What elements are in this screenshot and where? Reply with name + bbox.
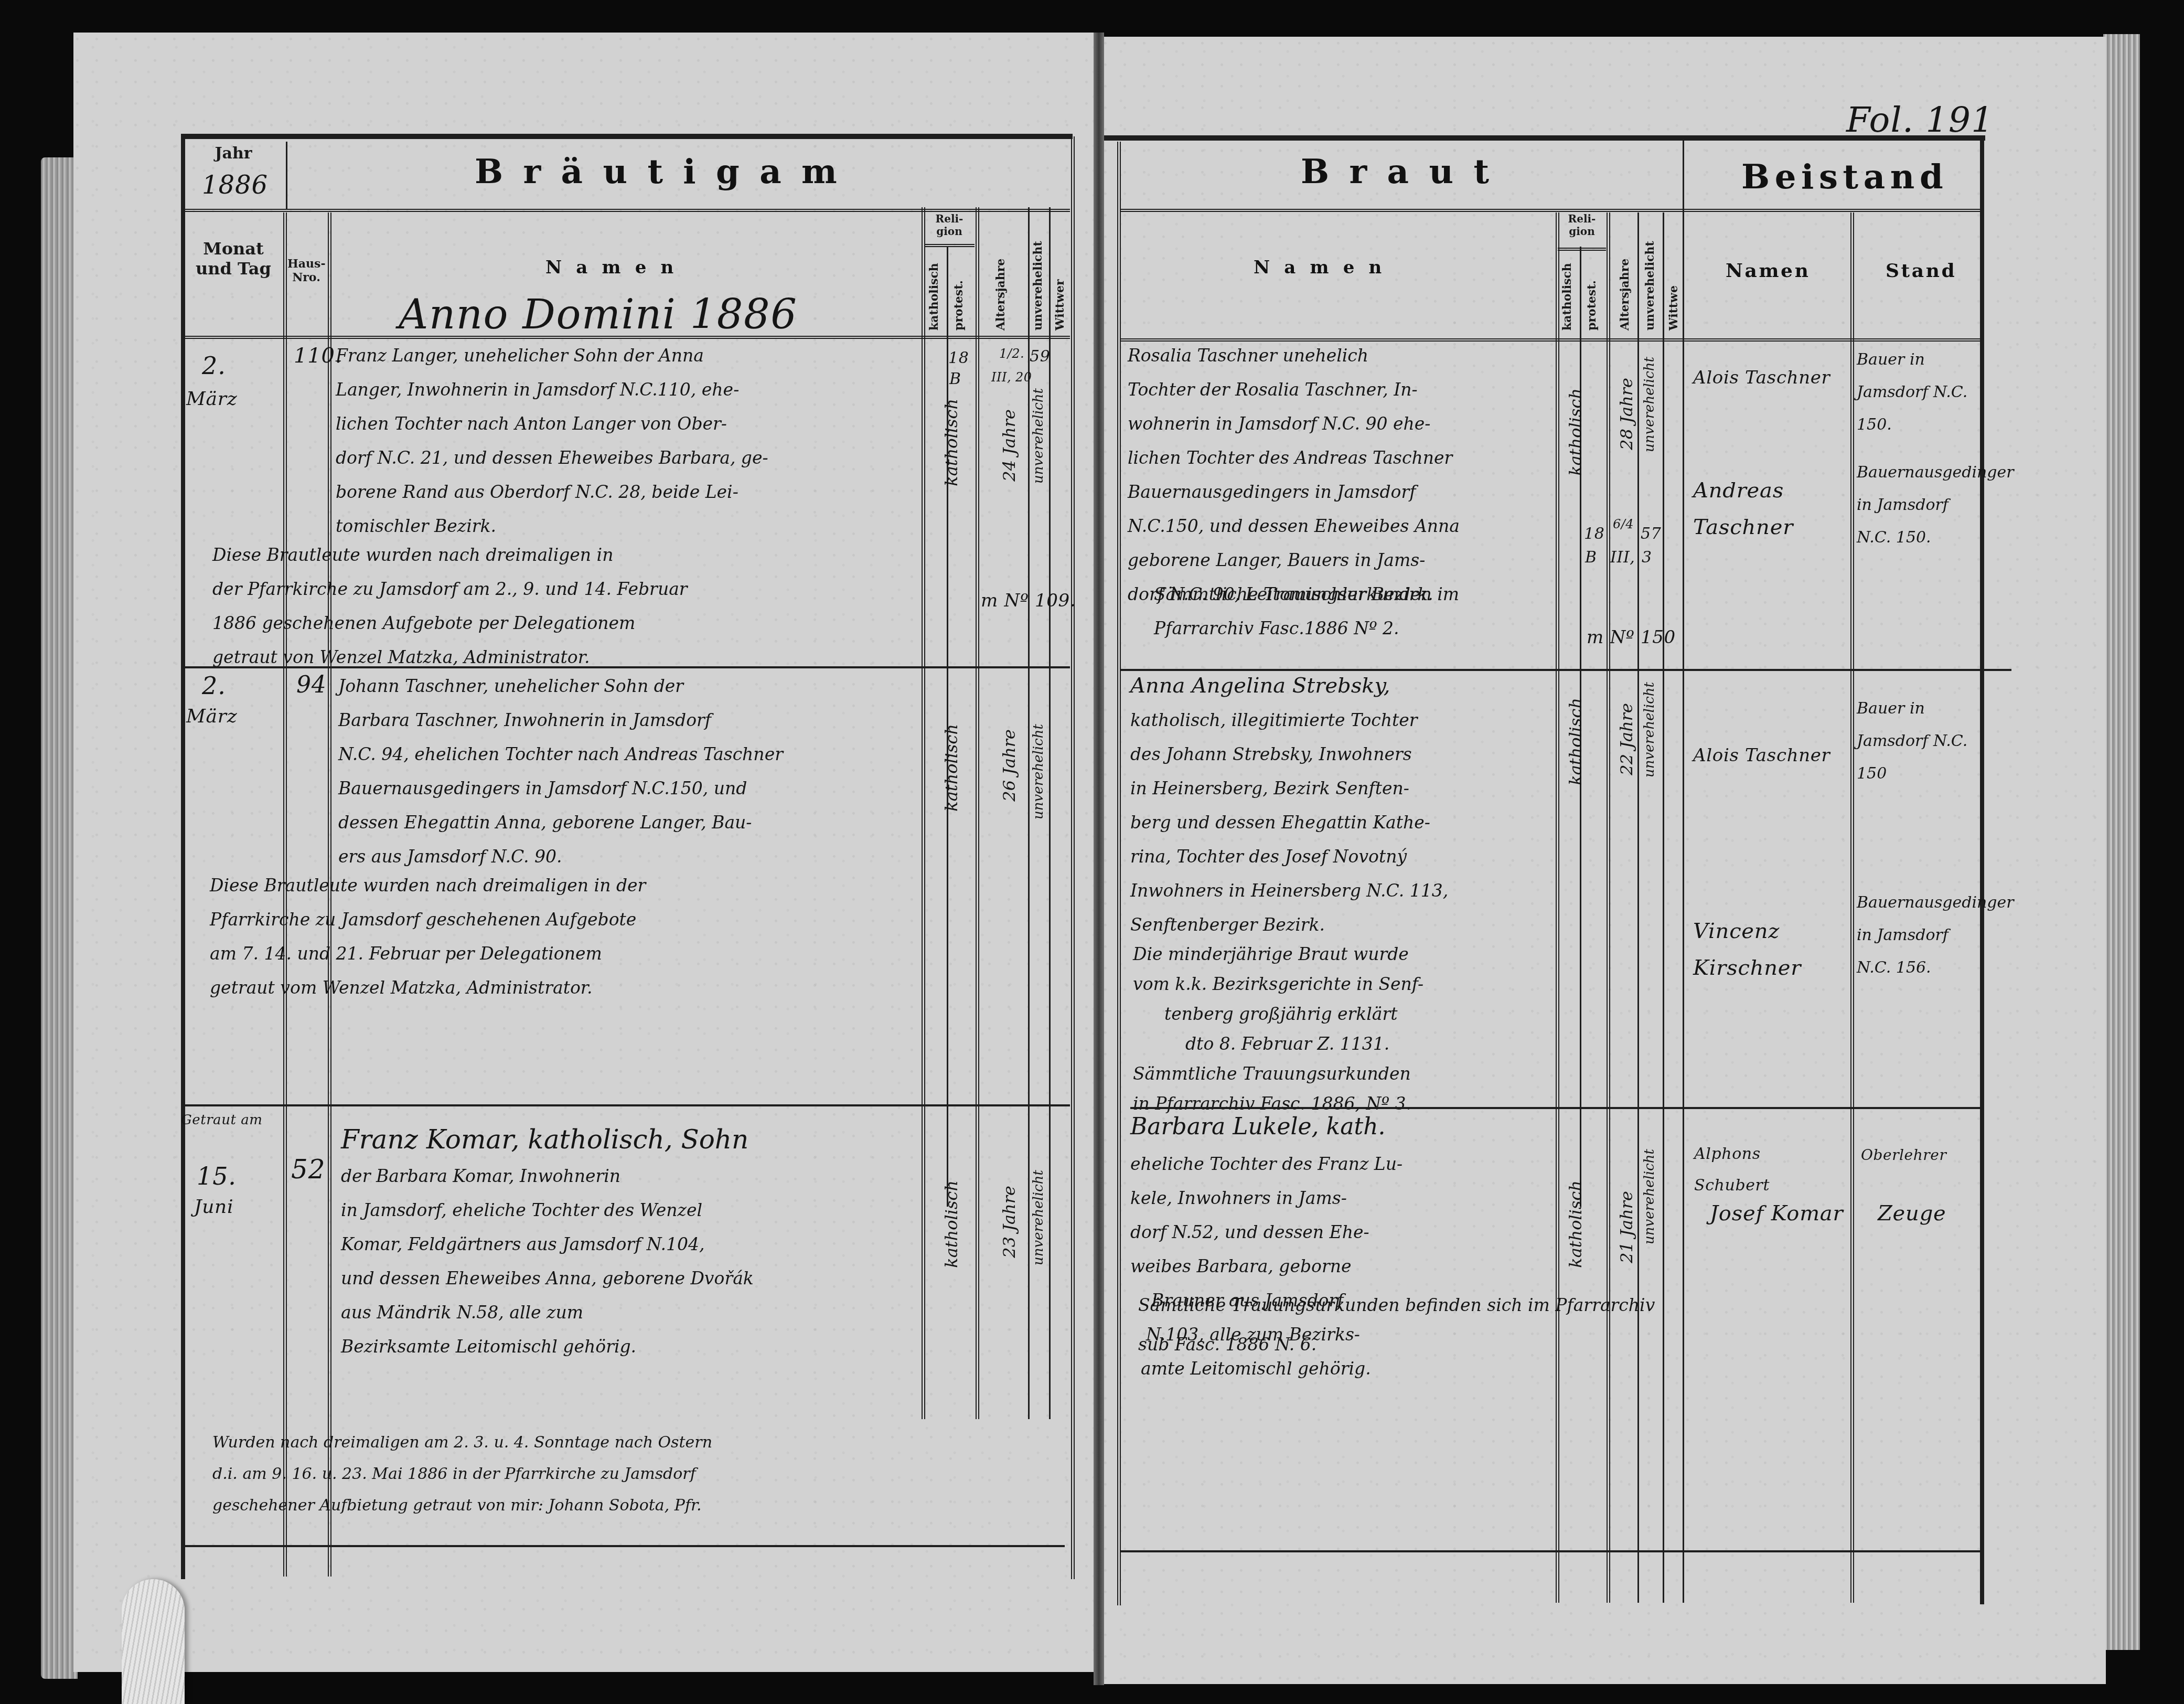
entry3-groom-line: Bezirksamte Leitomischl gehörig. <box>341 1329 754 1364</box>
haus-nr-label: Haus-Nro. <box>287 257 325 285</box>
entry2-bride-line: Senftenberger Bezirk. <box>1130 908 1448 942</box>
section-title-braeutigam: Bräutigam <box>475 152 857 191</box>
entry1-note-line: der Pfarrkirche zu Jamsdorf am 2., 9. un… <box>212 572 688 606</box>
religion-rule-bride <box>1558 248 1606 252</box>
entry3-groom-line: in Jamsdorf, eheliche Tochter des Wenzel <box>341 1193 754 1227</box>
right-inner-border <box>1117 142 1121 1605</box>
entry1-witness2-name: Andreas Taschner <box>1693 472 1845 546</box>
entry3-bride-note: Sämtliche Trauungsurkunden befinden sich… <box>1138 1285 1655 1364</box>
entry1-bride-line: Bauernausgedingers in Jamsdorf <box>1128 475 1460 509</box>
col-braut-unver-divider <box>1663 212 1664 1603</box>
entry2-witness1-name: Alois Taschner <box>1693 745 1830 766</box>
entry3-bride-line: weibes Barbara, geborne <box>1130 1249 1403 1283</box>
entry2-groom-line: N.C. 94, ehelichen Tochter nach Andreas … <box>338 737 783 771</box>
entry3-groom-line: der Barbara Komar, Inwohnerin <box>341 1159 754 1193</box>
entry2-bride-note-line: Die minderjährige Braut wurde <box>1133 939 1423 969</box>
entry1-groom-age: 24 Jahre <box>999 409 1019 482</box>
jahr-divider <box>286 142 287 210</box>
entry1-groom-num-iii: III, 20 <box>991 370 1032 385</box>
entry1-bride-num-iii: III, <box>1610 548 1635 567</box>
beistand-stand-label: Stand <box>1886 260 1956 282</box>
witwe-label: Wittwe <box>1667 273 1680 331</box>
entry3-bride-status: unverehelicht <box>1642 1149 1657 1244</box>
col-braut-namen-divider <box>1556 212 1559 1603</box>
entry1-bride-line: Tochter der Rosalia Taschner, In- <box>1128 372 1460 407</box>
entry1-house-no: 110. <box>294 344 342 368</box>
entry1-groom-num-59: 59 <box>1030 347 1050 366</box>
katholisch-label-groom: katholisch <box>927 252 941 331</box>
protest-label-bride: protest. <box>1585 273 1599 331</box>
entry2-bride-line: berg und dessen Ehegattin Kathe- <box>1130 805 1448 839</box>
col-namen-divider <box>922 207 925 1419</box>
entry2-bride-age: 22 Jahre <box>1616 703 1636 775</box>
entry1-bride-line: N.C.150, und dessen Eheweibes Anna <box>1128 509 1460 543</box>
entry3-bride-line: eheliche Tochter des Franz Lu- <box>1130 1147 1403 1181</box>
katholisch-label-bride: katholisch <box>1560 252 1574 331</box>
entry1-bride-num-18: 18 <box>1584 525 1604 543</box>
entry1-groom-line: Franz Langer, unehelicher Sohn der Anna <box>336 338 768 372</box>
entry3-witness1-name: Alphons Schubert <box>1694 1138 1783 1201</box>
entry1-bride-line: lichen Tochter des Andreas Taschner <box>1128 441 1460 475</box>
protest-label-groom: protest. <box>952 273 966 331</box>
entry1-groom-line: lichen Tochter nach Anton Langer von Obe… <box>336 407 768 441</box>
unverehelicht-label-bride: unverehelicht <box>1643 241 1657 331</box>
witwer-label: Wittwer <box>1053 268 1067 331</box>
entry1-groom-num-b: B <box>949 370 961 388</box>
entry1-bride-num-3: 3 <box>1642 548 1652 567</box>
entry2-groom-line: dessen Ehegattin Anna, geborene Langer, … <box>338 805 783 839</box>
entry1-groom-line: borene Rand aus Oberdorf N.C. 28, beide … <box>336 475 768 509</box>
entry1-bride-register-ref: m Nº 150 <box>1587 627 1676 648</box>
wooden-bookmark <box>122 1579 185 1704</box>
entry3-witness2-stand: Zeuge <box>1878 1201 1946 1226</box>
entry2-groom-line: Johann Taschner, unehelicher Sohn der <box>338 669 783 703</box>
entry2-bride-note: Die minderjährige Braut wurde vom k.k. B… <box>1133 939 1423 1119</box>
religion-rule-groom <box>924 244 975 248</box>
entry3-house-no: 52 <box>291 1154 326 1185</box>
entry3-note-line: d.i. am 9. 16. u. 23. Mai 1886 in der Pf… <box>212 1458 712 1490</box>
entry2-groom-age: 26 Jahre <box>999 729 1019 802</box>
entry2-note-line: getraut vom Wenzel Matzka, Administrator… <box>210 971 646 1005</box>
entry1-bride-religion: katholisch <box>1566 388 1586 476</box>
altersjahre-label-groom: Altersjahre <box>994 252 1008 331</box>
entry1-bride-line: geborene Langer, Bauers in Jams- <box>1128 543 1460 577</box>
religion-label-bride: Reli-gion <box>1558 212 1606 238</box>
entry2-witness2-name: Vincenz Kirschner <box>1693 913 1845 986</box>
entry3-bride-line: Barbara Lukele, kath. <box>1130 1110 1403 1144</box>
book-gutter <box>1094 33 1104 1685</box>
entry2-bride-note-line: vom k.k. Bezirksgerichte in Senf- <box>1133 969 1423 999</box>
entry1-groom-text: Franz Langer, unehelicher Sohn der Anna … <box>336 338 768 543</box>
entry2-bride-line: rina, Tochter des Josef Novotný <box>1130 839 1448 874</box>
right-top-rule <box>1104 135 1985 141</box>
entry3-bride-age: 21 Jahre <box>1616 1191 1636 1263</box>
entry2-groom-religion: katholisch <box>941 724 961 812</box>
entry3-bride-line: kele, Inwohners in Jams- <box>1130 1181 1403 1215</box>
col-unver-divider <box>1049 207 1051 1419</box>
entry1-note-line: 1886 geschehenen Aufgebote per Delegatio… <box>212 606 688 640</box>
altersjahre-label-bride: Altersjahre <box>1618 252 1632 331</box>
entry2-groom-note: Diese Brautleute wurden nach dreimaligen… <box>210 868 646 1005</box>
entry1-groom-register-ref: m Nº 109. <box>981 590 1076 611</box>
entry3-bottom-rule-right <box>1120 1550 1980 1552</box>
monat-tag-label: Monat und Tag <box>186 239 281 279</box>
entry1-groom-line: Langer, Inwohnerin in Jamsdorf N.C.110, … <box>336 372 768 407</box>
beistand-namen-label: Namen <box>1726 260 1810 282</box>
entry2-note-line: Pfarrkirche zu Jamsdorf geschehenen Aufg… <box>210 902 646 936</box>
entry1-date-day: 2. <box>202 352 226 380</box>
entry2-groom-line: Bauernausgedingers in Jamsdorf N.C.150, … <box>338 771 783 805</box>
entry2-groom-line: Barbara Taschner, Inwohnerin in Jamsdorf <box>338 703 783 737</box>
entry1-bottom-rule-left <box>184 666 1070 668</box>
left-top-rule <box>181 134 1073 139</box>
entry3-bride-religion: katholisch <box>1566 1180 1586 1268</box>
entry1-groom-note: Diese Brautleute wurden nach dreimaligen… <box>212 538 688 674</box>
entry3-note-line: Wurden nach dreimaligen am 2. 3. u. 4. S… <box>212 1427 712 1458</box>
entry2-house-no: 94 <box>296 672 327 698</box>
namen-label-groom: Namen <box>545 257 688 278</box>
left-page-edge <box>41 157 78 1679</box>
entry1-witness2-stand: Bauernausgedinger in Jamsdorf N.C. 150. <box>1857 456 1977 554</box>
entry1-bride-line: Rosalia Taschner unehelich <box>1128 338 1460 372</box>
entry2-witness1-stand: Bauer in Jamsdorf N.C. 150 <box>1857 693 1977 790</box>
entry1-bride-num-frac: 6/4 <box>1613 517 1634 531</box>
entry1-groom-religion: katholisch <box>941 399 961 486</box>
section-title-beistand: Beistand <box>1741 157 1948 197</box>
anno-domini: Anno Domini 1886 <box>399 291 797 338</box>
entry1-bride-age: 28 Jahre <box>1616 378 1636 450</box>
entry2-bride-note-line: tenberg großjährig erklärt <box>1133 999 1423 1029</box>
entry2-bride-line: des Johann Strebsky, Inwohners <box>1130 737 1448 771</box>
entry2-bride-line: in Heinersberg, Bezirk Senften- <box>1130 771 1448 805</box>
entry3-witness2-name: Josef Komar <box>1710 1201 1843 1226</box>
entry3-groom-text: Franz Komar, katholisch, Sohn der Barbar… <box>341 1123 754 1364</box>
entry1-groom-line: dorf N.C. 21, und dessen Eheweibes Barba… <box>336 441 768 475</box>
col-rel-divider <box>976 207 979 1419</box>
jahr-label: Jahr <box>186 144 281 163</box>
entry3-groom-line: und dessen Eheweibes Anna, geborene Dvoř… <box>341 1261 754 1295</box>
entry3-note-line: geschehener Aufbietung getraut von mir: … <box>212 1490 712 1521</box>
entry1-groom-num-18: 18 <box>948 349 969 367</box>
entry1-witness1-name: Alois Taschner <box>1693 367 1830 388</box>
entry1-bride-note-line: Sämmtliche Trauungsurkunden im <box>1154 577 1459 611</box>
entry3-groom-line: aus Mändrik N.58, alle zum <box>341 1295 754 1329</box>
beistand-divider <box>1683 139 1684 1603</box>
entry2-bottom-rule-right <box>1130 1107 1980 1109</box>
entry3-groom-line: Komar, Feldgärtners aus Jamsdorf N.104, <box>341 1227 754 1261</box>
entry3-bride-note-line: sub Fasc. 1886 N. 6. <box>1138 1325 1655 1364</box>
entry1-witness1-stand: Bauer in Jamsdorf N.C. 150. <box>1857 344 1977 441</box>
unverehelicht-label-groom: unverehelicht <box>1031 241 1045 331</box>
entry3-witness1-stand: Oberlehrer <box>1861 1146 1946 1164</box>
entry1-groom-status: unverehelicht <box>1031 388 1046 484</box>
entry1-bride-num-b: B <box>1585 548 1597 567</box>
entry2-bride-note-line: dto 8. Februar Z. 1131. <box>1133 1029 1423 1059</box>
left-inner-border <box>1071 136 1075 1579</box>
religion-label-groom: Reli-gion <box>924 212 975 238</box>
entry3-date-month: Juni <box>194 1196 233 1218</box>
entry3-bottom-rule-left <box>184 1545 1065 1547</box>
entry2-note-line: am 7. 14. und 21. Februar per Delegation… <box>210 936 646 971</box>
folio-number: Fol. 191 <box>1846 100 1994 140</box>
entry1-bride-status: unverehelicht <box>1642 357 1657 452</box>
entry2-bride-note-line: Sämmtliche Trauungsurkunden <box>1133 1059 1423 1089</box>
entry3-bride-line: dorf N.52, und dessen Ehe- <box>1130 1215 1403 1249</box>
col-braut-alter-divider <box>1637 212 1639 1603</box>
entry2-bride-line: katholisch, illegitimierte Tochter <box>1130 703 1448 737</box>
entry1-date-month: März <box>186 388 237 410</box>
left-outer-border <box>181 134 185 1579</box>
entry1-bride-note-line: Pfarrarchiv Fasc.1886 Nº 2. <box>1154 611 1459 645</box>
entry3-groom-status: unverehelicht <box>1031 1170 1046 1265</box>
col-alter-divider <box>1028 207 1030 1419</box>
col-stand-divider <box>1850 212 1854 1603</box>
entry2-groom-status: unverehelicht <box>1031 724 1046 819</box>
entry2-bride-text: Anna Angelina Strebsky, katholisch, ille… <box>1130 669 1448 942</box>
entry3-groom-note: Wurden nach dreimaligen am 2. 3. u. 4. S… <box>212 1427 712 1521</box>
entry1-bride-line: wohnerin in Jamsdorf N.C. 90 ehe- <box>1128 407 1460 441</box>
entry2-date-month: März <box>186 706 237 727</box>
col-braut-rel-divider <box>1607 212 1610 1603</box>
jahr-value: 1886 <box>202 171 268 200</box>
entry1-bride-text: Rosalia Taschner unehelich Tochter der R… <box>1128 338 1460 611</box>
entry1-note-line: Diese Brautleute wurden nach dreimaligen… <box>212 538 688 572</box>
entry3-groom-age: 23 Jahre <box>999 1186 1019 1258</box>
entry2-bride-status: unverehelicht <box>1642 682 1657 778</box>
entry2-witness2-stand: Bauernausgedinger in Jamsdorf N.C. 156. <box>1857 887 1977 984</box>
entry2-bride-line: Anna Angelina Strebsky, <box>1130 669 1448 703</box>
entry1-groom-num-half: 1/2. <box>999 346 1024 361</box>
entry2-groom-text: Johann Taschner, unehelicher Sohn der Ba… <box>338 669 783 874</box>
right-page-edge <box>2103 34 2140 1650</box>
entry2-bride-line: Inwohners in Heinersberg N.C. 113, <box>1130 874 1448 908</box>
entry1-bride-num-57: 57 <box>1641 525 1661 543</box>
entry2-bottom-rule-left <box>184 1104 1070 1106</box>
entry3-groom-religion: katholisch <box>941 1180 961 1268</box>
entry3-groom-line: Franz Komar, katholisch, Sohn <box>341 1123 754 1157</box>
right-outer-border <box>1980 135 1984 1604</box>
entry1-bride-note: Sämmtliche Trauungsurkunden im Pfarrarch… <box>1154 577 1459 645</box>
entry2-date-day: 2. <box>202 672 226 700</box>
entry3-date-day: 15. <box>197 1162 237 1190</box>
namen-label-bride: Namen <box>1254 257 1396 278</box>
entry3-date-prefix: Getraut am <box>181 1112 262 1128</box>
entry2-bride-religion: katholisch <box>1566 698 1586 785</box>
entry2-note-line: Diese Brautleute wurden nach dreimaligen… <box>210 868 646 902</box>
entry3-bride-note-line: Sämtliche Trauungsurkunden befinden sich… <box>1138 1285 1655 1325</box>
section-title-braut: Braut <box>1301 152 1509 191</box>
